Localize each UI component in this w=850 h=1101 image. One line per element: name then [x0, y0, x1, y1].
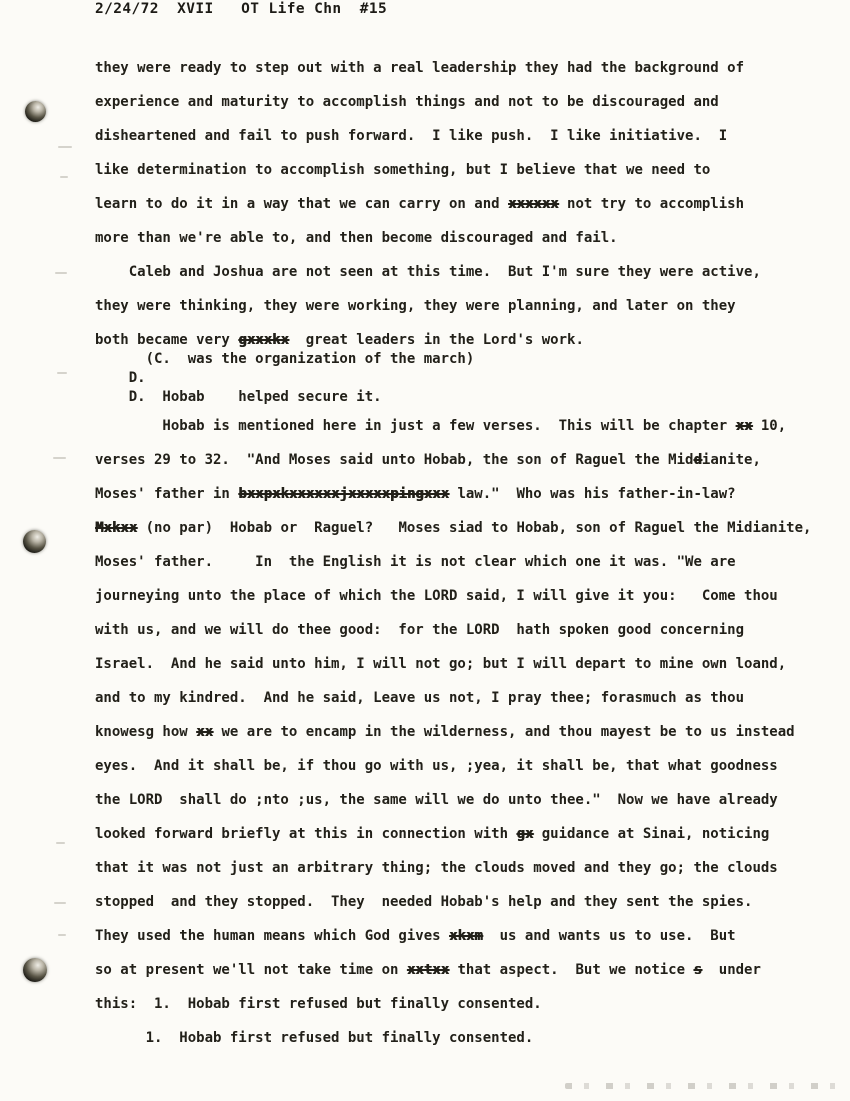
scan-artifact — [55, 272, 67, 274]
text-run: knowesg how — [95, 724, 196, 740]
text-run: They used the human means which God give… — [95, 928, 449, 944]
text-run: 1. Hobab first refused but finally conse… — [95, 1030, 533, 1046]
text-run: Hobab is mentioned here in just a few ve… — [95, 418, 736, 434]
text-run: verses 29 to 32. "And Moses said unto Ho… — [95, 452, 693, 468]
scanned-page: 2/24/72 XVII OT Life Chn #15 they were r… — [0, 0, 850, 1101]
text-run: they were ready to step out with a real … — [95, 60, 744, 76]
scan-artifact — [58, 934, 66, 936]
text-run: and to my kindred. And he said, Leave us… — [95, 690, 744, 706]
text-run: that it was not just an arbitrary thing;… — [95, 860, 778, 876]
text-line: (C. was the organization of the march) — [95, 351, 850, 367]
text-run: Caleb and Joshua are not seen at this ti… — [95, 264, 761, 280]
scan-artifact — [58, 146, 72, 148]
text-run: guidance at Sinai, noticing — [533, 826, 769, 842]
scan-artifact — [54, 902, 66, 904]
text-run: with us, and we will do thee good: for t… — [95, 622, 744, 638]
text-run: us and wants us to use. But — [483, 928, 736, 944]
struck-text: Mxkxx — [95, 520, 137, 536]
text-run: so at present we'll not take time on — [95, 962, 407, 978]
scan-artifact — [57, 372, 67, 374]
scan-artifact — [56, 842, 65, 844]
text-line: more than we're able to, and then become… — [95, 230, 850, 246]
text-run: eyes. And it shall be, if thou go with u… — [95, 758, 778, 774]
text-line: and to my kindred. And he said, Leave us… — [95, 690, 850, 706]
text-line: disheartened and fail to push forward. I… — [95, 128, 850, 144]
text-run: disheartened and fail to push forward. I… — [95, 128, 727, 144]
text-line: they were thinking, they were working, t… — [95, 298, 850, 314]
text-run: D. Hobab helped secure it. — [95, 389, 382, 405]
text-line: this: 1. Hobab first refused but finally… — [95, 996, 850, 1012]
text-run: under — [702, 962, 761, 978]
text-line: both became very gxxxkx great leaders in… — [95, 332, 850, 348]
text-run: we are to encamp in the wilderness, and … — [213, 724, 795, 740]
text-line: so at present we'll not take time on xxt… — [95, 962, 850, 978]
text-run: D. — [95, 370, 146, 386]
text-run: both became very — [95, 332, 238, 348]
punch-hole-artifact — [25, 101, 46, 122]
text-line: stopped and they stopped. They needed Ho… — [95, 894, 850, 910]
text-run: 10, — [752, 418, 786, 434]
text-run: they were thinking, they were working, t… — [95, 298, 736, 314]
text-line: looked forward briefly at this in connec… — [95, 826, 850, 842]
punch-hole-artifact — [23, 530, 46, 553]
text-line: Israel. And he said unto him, I will not… — [95, 656, 850, 672]
scan-artifact — [53, 457, 66, 459]
text-run: stopped and they stopped. They needed Ho… — [95, 894, 752, 910]
struck-text: xxtxx — [407, 962, 449, 978]
text-line: D. Hobab helped secure it. — [95, 389, 850, 405]
text-line: like determination to accomplish somethi… — [95, 162, 850, 178]
text-line: they were ready to step out with a real … — [95, 60, 850, 76]
punch-hole-artifact — [23, 958, 47, 982]
text-run: learn to do it in a way that we can carr… — [95, 196, 508, 212]
struck-text: xkxm — [449, 928, 483, 944]
struck-text: xx — [196, 724, 213, 740]
page-header: 2/24/72 XVII OT Life Chn #15 — [95, 1, 387, 17]
text-line: learn to do it in a way that we can carr… — [95, 196, 850, 212]
text-run: Moses' father in — [95, 486, 238, 502]
text-line: experience and maturity to accomplish th… — [95, 94, 850, 110]
text-run: more than we're able to, and then become… — [95, 230, 618, 246]
text-run: like determination to accomplish somethi… — [95, 162, 710, 178]
text-line: Hobab is mentioned here in just a few ve… — [95, 418, 850, 434]
text-line: with us, and we will do thee good: for t… — [95, 622, 850, 638]
text-line: They used the human means which God give… — [95, 928, 850, 944]
text-line: knowesg how xx we are to encamp in the w… — [95, 724, 850, 740]
text-run: journeying unto the place of which the L… — [95, 588, 778, 604]
scan-artifact — [60, 176, 68, 178]
text-run: ianite, — [702, 452, 761, 468]
struck-text: xx — [736, 418, 753, 434]
scan-smudge-artifact — [565, 1083, 850, 1089]
text-run: law." Who was his father-in-law? — [449, 486, 736, 502]
text-line: eyes. And it shall be, if thou go with u… — [95, 758, 850, 774]
text-line: Moses' father. In the English it is not … — [95, 554, 850, 570]
struck-text: gx — [516, 826, 533, 842]
text-run: looked forward briefly at this in connec… — [95, 826, 516, 842]
struck-text: d — [693, 452, 701, 468]
text-run: Moses' father. In the English it is not … — [95, 554, 736, 570]
text-run: that aspect. But we notice — [449, 962, 693, 978]
text-line: D. — [95, 370, 850, 386]
text-run: great leaders in the Lord's work. — [289, 332, 584, 348]
struck-text: s — [693, 962, 701, 978]
text-line: verses 29 to 32. "And Moses said unto Ho… — [95, 452, 850, 468]
text-run: experience and maturity to accomplish th… — [95, 94, 719, 110]
text-line: Mxkxx (no par) Hobab or Raguel? Moses si… — [95, 520, 850, 536]
text-line: Moses' father in bxxpxkxxxxxxjxxxxxpingx… — [95, 486, 850, 502]
struck-text: xxxxxx — [508, 196, 559, 212]
text-run: Israel. And he said unto him, I will not… — [95, 656, 786, 672]
text-line: the LORD shall do ;nto ;us, the same wil… — [95, 792, 850, 808]
text-line: that it was not just an arbitrary thing;… — [95, 860, 850, 876]
struck-text: gxxxkx — [238, 332, 289, 348]
text-run: not try to accomplish — [559, 196, 744, 212]
text-run: (C. was the organization of the march) — [95, 351, 474, 367]
text-line: 1. Hobab first refused but finally conse… — [95, 1030, 850, 1046]
struck-text: bxxpxkxxxxxxjxxxxxpingxxx — [238, 486, 449, 502]
document-body: they were ready to step out with a real … — [95, 60, 850, 1046]
text-line: journeying unto the place of which the L… — [95, 588, 850, 604]
text-run: (no par) Hobab or Raguel? Moses siad to … — [137, 520, 811, 536]
text-line: Caleb and Joshua are not seen at this ti… — [95, 264, 850, 280]
text-run: the LORD shall do ;nto ;us, the same wil… — [95, 792, 778, 808]
text-run: this: 1. Hobab first refused but finally… — [95, 996, 542, 1012]
